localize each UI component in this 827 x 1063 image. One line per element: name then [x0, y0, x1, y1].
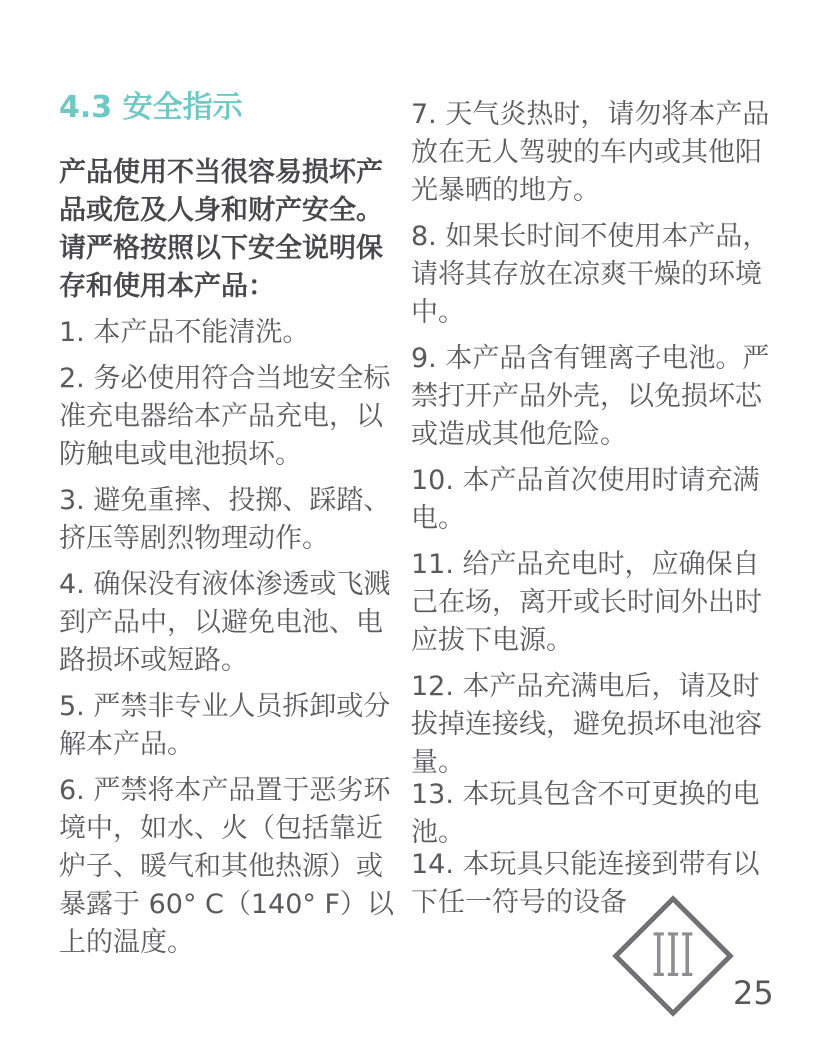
class-iii-symbol: III [612, 895, 734, 1017]
right-column: 7. 天气炎热时，请勿将本产品放在无人驾驶的车内或其他阳光暴晒的地方。 8. 如… [411, 88, 777, 922]
safety-item-8: 8. 如果长时间不使用本产品，请将其存放在凉爽干燥的环境中。 [411, 218, 777, 332]
intro-paragraph: 产品使用不当很容易损坏产品或危及人身和财产安全。请严格按照以下安全说明保存和使用… [59, 154, 403, 306]
safety-item-3: 3. 避免重摔、投掷、踩踏、挤压等剧烈物理动作。 [59, 482, 403, 558]
left-column: 4.3 安全指示 产品使用不当很容易损坏产品或危及人身和财产安全。请严格按照以下… [59, 88, 403, 962]
safety-item-11: 11. 给产品充电时，应确保自己在场，离开或长时间外出时应拔下电源。 [411, 546, 777, 660]
safety-item-10: 10. 本产品首次使用时请充满电。 [411, 462, 777, 538]
roman-numeral-iii: III [636, 895, 709, 1017]
safety-item-1: 1. 本产品不能清洗。 [59, 314, 403, 352]
safety-item-7: 7. 天气炎热时，请勿将本产品放在无人驾驶的车内或其他阳光暴晒的地方。 [411, 96, 777, 210]
section-heading: 4.3 安全指示 [59, 88, 403, 128]
safety-item-5: 5. 严禁非专业人员拆卸或分解本产品。 [59, 688, 403, 764]
safety-item-6: 6. 严禁将本产品置于恶劣环境中，如水、火（包括靠近炉子、暖气和其他热源）或暴露… [59, 772, 403, 962]
safety-item-4: 4. 确保没有液体渗透或飞溅到产品中，以避免电池、电路损坏或短路。 [59, 566, 403, 680]
safety-item-13: 13. 本玩具包含不可更换的电池。 [411, 776, 777, 852]
manual-page: 4.3 安全指示 产品使用不当很容易损坏产品或危及人身和财产安全。请严格按照以下… [0, 0, 827, 1063]
safety-item-2: 2. 务必使用符合当地安全标准充电器给本产品充电，以防触电或电池损坏。 [59, 360, 403, 474]
safety-item-12: 12. 本产品充满电后，请及时拔掉连接线，避免损坏电池容量。 [411, 668, 777, 782]
page-number: 25 [733, 976, 774, 1010]
safety-item-9: 9. 本产品含有锂离子电池。严禁打开产品外壳，以免损坏芯或造成其他危险。 [411, 340, 777, 454]
